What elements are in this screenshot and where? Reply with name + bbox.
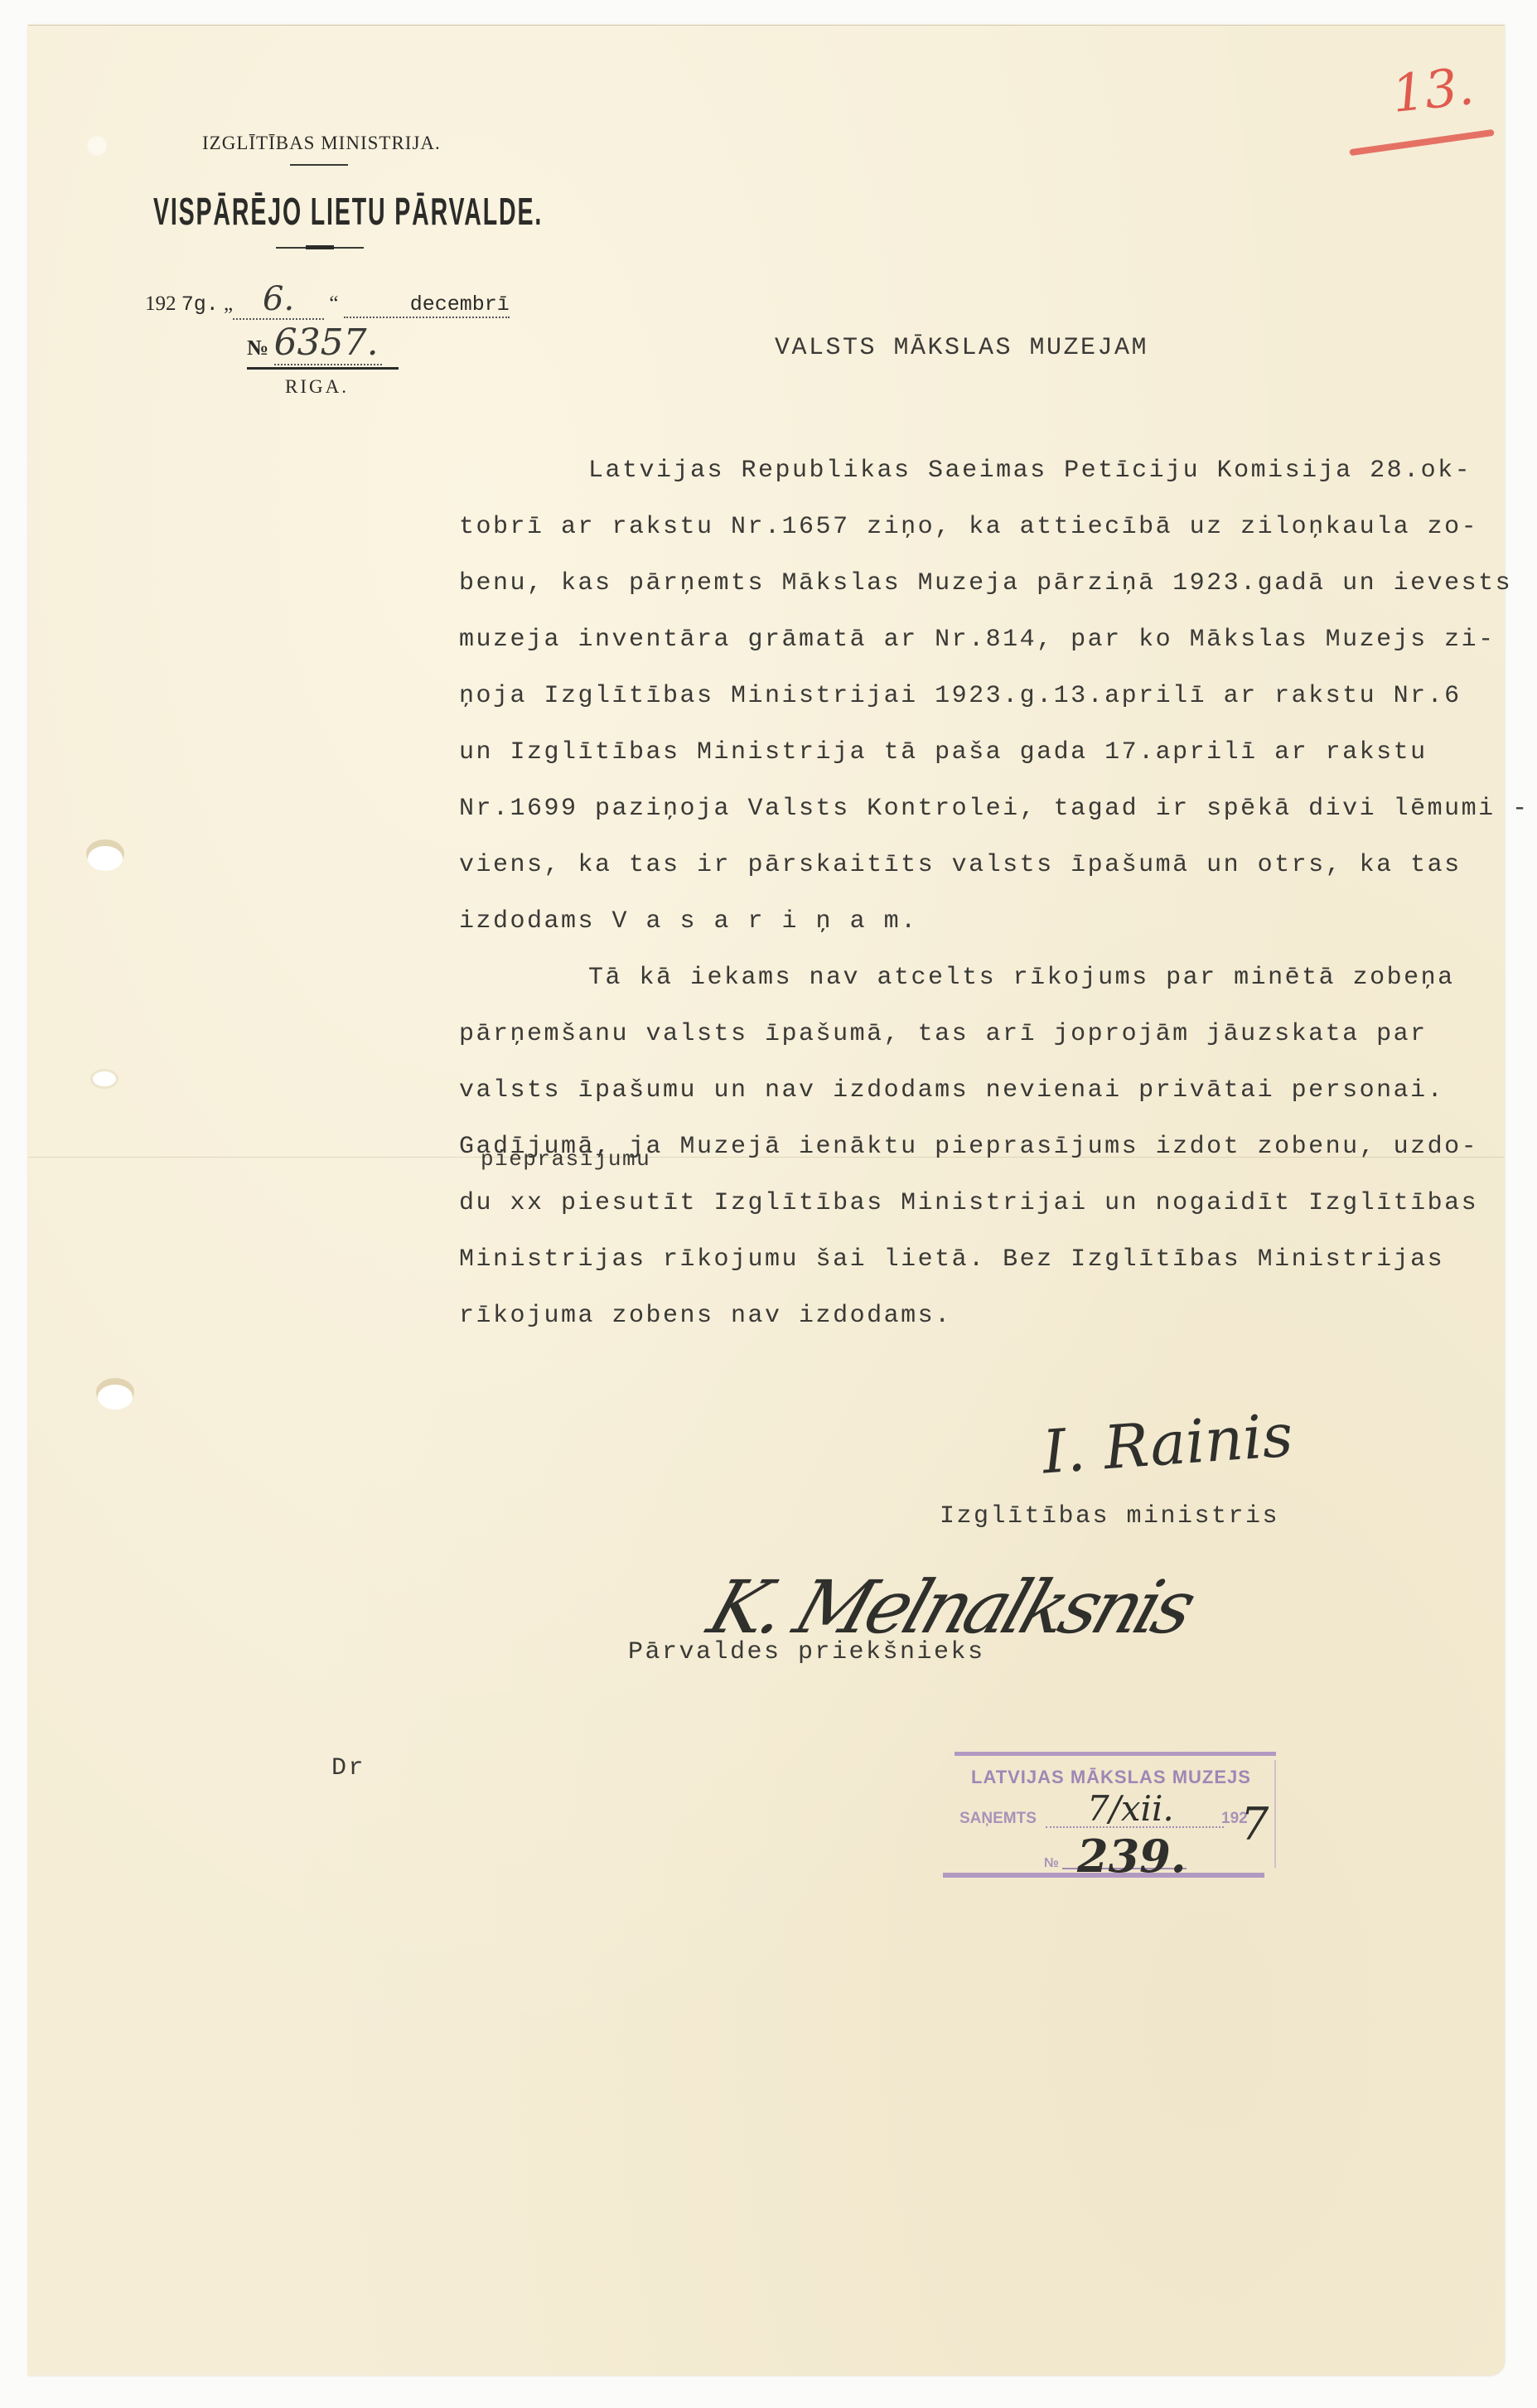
typist-initials: Dr [331,1754,365,1782]
body-line: pārņemšanu valsts īpašumā, tas arī jopro… [459,1006,1530,1062]
body-line: tobrī ar rakstu Nr.1657 ziņo, ka attiecī… [459,499,1530,555]
letterhead-city: RIGA. [285,376,349,398]
body-line: un Izglītības Ministrija tā paša gada 17… [459,724,1530,781]
letterhead-number: № 6357. [247,322,382,365]
letterhead-divider [290,164,348,166]
open-quote: „ [224,293,233,315]
date-month: decembrī [410,293,510,317]
close-quote: “ [329,293,338,315]
letterhead-ministry: IZGLĪTĪBAS MINISTRIJA. [202,133,441,154]
body-line: ņoja Izglītības Ministrijai 1923.g.13.ap… [459,668,1530,724]
document-number: 6357. [274,322,379,364]
body-line: du xx piesutīt Izglītības Ministrijai un… [459,1175,1530,1231]
stamp-number-label: № [1044,1856,1059,1871]
letter-body: Latvijas Republikas Saeimas Petīciju Kom… [459,442,1530,1344]
letterhead-ornament-divider [276,247,364,249]
recipient: VALSTS MĀKSLAS MUZEJAM [775,334,1148,362]
minister-title: Izglītības ministris [940,1502,1279,1530]
body-line: izdodams V a s a r i ņ a m. [459,893,1530,950]
body-line: Nr.1699 paziņoja Valsts Kontrolei, tagad… [459,781,1530,837]
body-line: Latvijas Republikas Saeimas Petīciju Kom… [459,442,1530,499]
date-day: 6. [263,280,294,318]
stamp-organization: LATVIJAS MĀKSLAS MUZEJS [971,1767,1251,1788]
letterhead-department: VISPĀRĒJO LIETU PĀRVALDE. [153,189,543,234]
body-line: muzeja inventāra grāmatā ar Nr.814, par … [459,612,1530,668]
stamp-year-digit: 7 [1240,1798,1269,1850]
stamp-border-top [955,1752,1276,1756]
punch-hole-icon [98,1385,133,1410]
interlinear-insert: pieprasījumu [481,1147,650,1172]
director-title: Pārvaldes priekšnieks [628,1638,985,1666]
punch-hole-icon [88,846,123,871]
stamp-received-label: SAŅEMTS [959,1810,1037,1828]
letterhead-rule [247,367,399,370]
receipt-stamp: LATVIJAS MĀKSLAS MUZEJS SAŅEMTS 192 7/xi… [955,1752,1278,1876]
stamp-border-right [1274,1760,1276,1868]
year-suffix: 7g. [181,293,219,317]
emboss-mark [88,137,106,155]
number-label: № [247,336,268,360]
director-signature: K. Melnalksnis [698,1564,1201,1650]
body-line: Tā kā iekams nav atcelts rīkojums par mi… [459,950,1530,1006]
year-prefix: 192 [145,293,176,315]
folio-number: 13. [1389,56,1477,124]
letterhead-date: 192 7g. „6. “ decembrī [145,280,510,320]
body-line: Ministrijas rīkojumu šai lietā. Bez Izgl… [459,1231,1530,1288]
body-line: viens, ka tas ir pārskaitīts valsts īpaš… [459,837,1530,893]
body-line: benu, kas pārņemts Mākslas Muzeja pārziņ… [459,555,1530,612]
body-line: rīkojuma zobens nav izdodams. [459,1288,1530,1344]
punch-hole-icon [93,1071,116,1086]
body-line: valsts īpašumu un nav izdodams nevienai … [459,1062,1530,1119]
stamp-border-bottom [943,1873,1264,1878]
stamp-received-date: 7/xii. [1087,1788,1174,1829]
